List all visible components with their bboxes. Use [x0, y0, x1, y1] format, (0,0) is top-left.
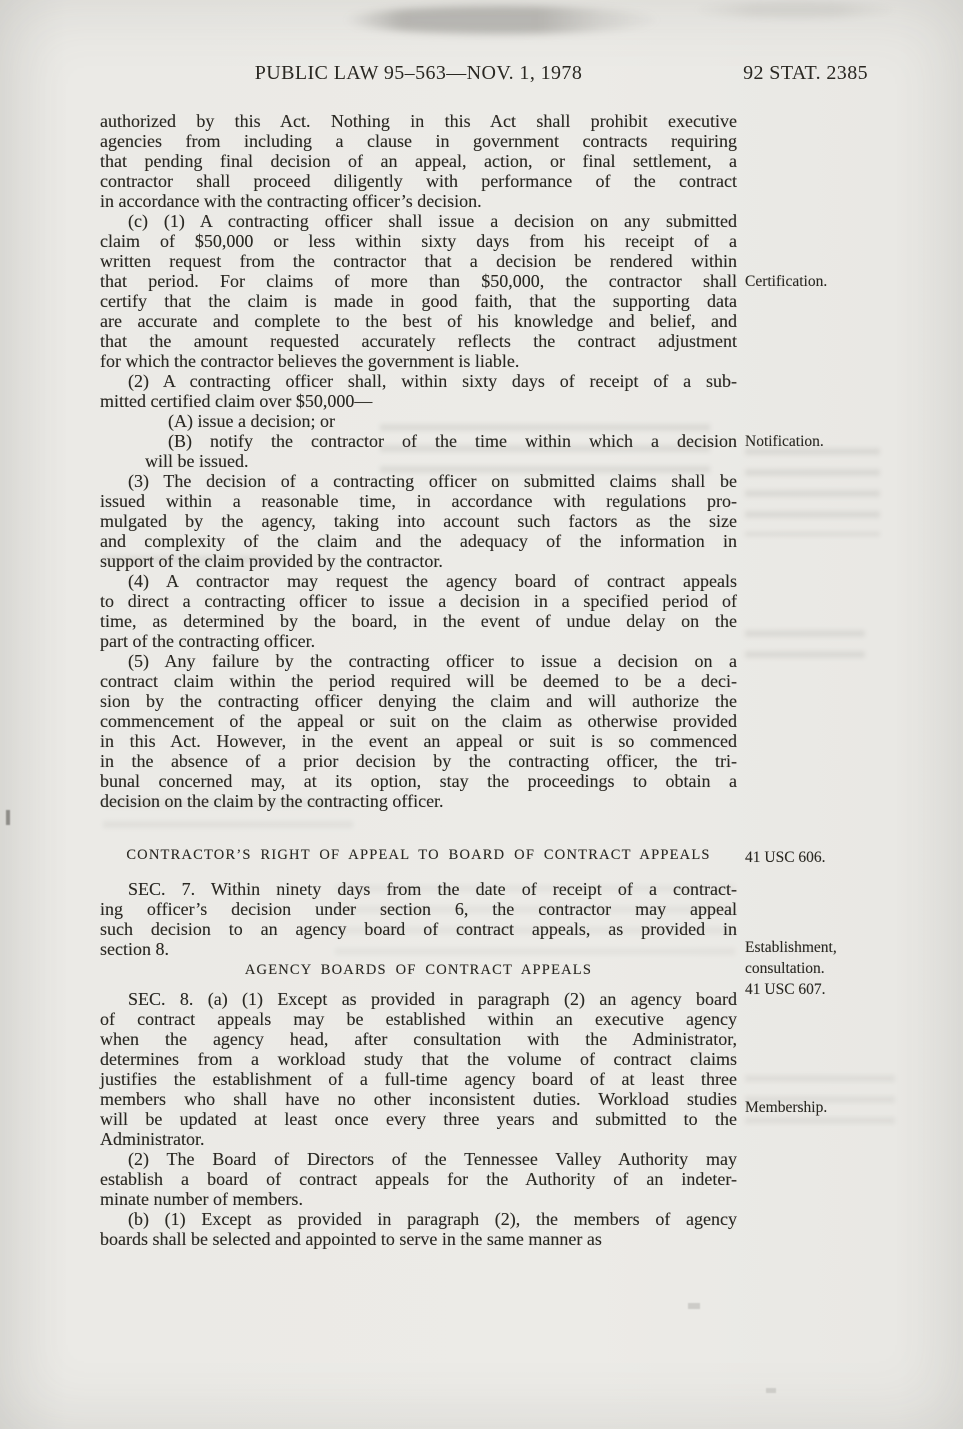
- text-line: that pending final decision of an appeal…: [100, 151, 737, 171]
- text-line: contract claim within the period require…: [100, 671, 737, 691]
- paragraph: SEC. 7. Within ninety days from the date…: [100, 879, 737, 959]
- scan-smudge: [690, 2, 900, 18]
- text-line: time, as determined by the board, in the…: [100, 611, 737, 631]
- margin-note-line: Notification.: [745, 431, 905, 452]
- text-line: mitted certified claim over $50,000—: [100, 391, 737, 411]
- margin-note: 41 USC 606.: [745, 847, 905, 868]
- text-line: authorized by this Act. Nothing in this …: [100, 111, 737, 131]
- text-line: contractor shall proceed diligently with…: [100, 171, 737, 191]
- paragraph: (A) issue a decision; or: [100, 411, 737, 431]
- page-title: PUBLIC LAW 95–563—NOV. 1, 1978: [100, 62, 737, 85]
- text-line: SEC. 7. Within ninety days from the date…: [100, 879, 737, 899]
- text-line: part of the contracting officer.: [100, 631, 737, 651]
- paragraph: authorized by this Act. Nothing in this …: [100, 111, 737, 211]
- paragraph: (B) notify the contractor of the time wi…: [100, 431, 737, 471]
- text-line: to direct a contracting officer to issue…: [100, 591, 737, 611]
- margin-note-line: Certification.: [745, 271, 905, 292]
- text-line: (c) (1) A contracting officer shall issu…: [100, 211, 737, 231]
- text-line: minate number of members.: [100, 1189, 737, 1209]
- section-heading: AGENCY BOARDS OF CONTRACT APPEALS: [100, 962, 737, 979]
- text-line: bunal concerned may, at its option, stay…: [100, 771, 737, 791]
- margin-note: Membership.: [745, 1097, 905, 1118]
- text-line: in the absence of a prior decision by th…: [100, 751, 737, 771]
- text-line: in accordance with the contracting offic…: [100, 191, 737, 211]
- text-line: support of the claim provided by the con…: [100, 551, 737, 571]
- margin-note: Establishment,consultation.41 USC 607.: [745, 937, 905, 1000]
- paragraph: (2) The Board of Directors of the Tennes…: [100, 1149, 737, 1209]
- text-line: (5) Any failure by the contracting offic…: [100, 651, 737, 671]
- text-line: for which the contractor believes the go…: [100, 351, 737, 371]
- text-line: (2) A contracting officer shall, within …: [100, 371, 737, 391]
- margin-note: Notification.: [745, 431, 905, 452]
- paragraph: (2) A contracting officer shall, within …: [100, 371, 737, 411]
- text-line: (3) The decision of a contracting office…: [100, 471, 737, 491]
- margin-note: Certification.: [745, 271, 905, 292]
- text-line: certify that the claim is made in good f…: [100, 291, 737, 311]
- text-line: section 8.: [100, 939, 737, 959]
- text-line: that the amount requested accurately ref…: [100, 331, 737, 351]
- text-line: when the agency head, after consultation…: [100, 1029, 737, 1049]
- scan-smudge: [345, 6, 660, 34]
- text-line: (4) A contractor may request the agency …: [100, 571, 737, 591]
- text-line: (A) issue a decision; or: [100, 411, 737, 431]
- text-line: sion by the contracting officer denying …: [100, 691, 737, 711]
- text-line: justifies the establishment of a full-ti…: [100, 1069, 737, 1089]
- bleed-through-ghost: [745, 448, 880, 536]
- text-line: mulgated by the agency, taking into acco…: [100, 511, 737, 531]
- text-line: establish a board of contract appeals fo…: [100, 1169, 737, 1189]
- text-line: will be issued.: [100, 451, 737, 471]
- text-line: SEC. 8. (a) (1) Except as provided in pa…: [100, 989, 737, 1009]
- text-line: (b) (1) Except as provided in paragraph …: [100, 1209, 737, 1229]
- paragraph: (5) Any failure by the contracting offic…: [100, 651, 737, 811]
- margin-note-line: consultation.: [745, 958, 905, 979]
- text-line: in this Act. However, in the event an ap…: [100, 731, 737, 751]
- text-line: Administrator.: [100, 1129, 737, 1149]
- paragraph: (3) The decision of a contracting office…: [100, 471, 737, 571]
- text-line: (B) notify the contractor of the time wi…: [100, 431, 737, 451]
- bleed-through-ghost: [745, 630, 865, 670]
- text-line: members who shall have no other inconsis…: [100, 1089, 737, 1109]
- text-line: agencies from including a clause in gove…: [100, 131, 737, 151]
- paragraph: SEC. 8. (a) (1) Except as provided in pa…: [100, 989, 737, 1149]
- text-line: issued within a reasonable time, in acco…: [100, 491, 737, 511]
- section-heading: CONTRACTOR’S RIGHT OF APPEAL TO BOARD OF…: [100, 847, 737, 864]
- paragraph: (4) A contractor may request the agency …: [100, 571, 737, 651]
- text-line: will be updated at least once every thre…: [100, 1109, 737, 1129]
- text-line: written request from the contractor that…: [100, 251, 737, 271]
- text-line: claim of $50,000 or less within sixty da…: [100, 231, 737, 251]
- text-line: determines from a workload study that th…: [100, 1049, 737, 1069]
- text-line: that period. For claims of more than $50…: [100, 271, 737, 291]
- text-line: commencement of the appeal or suit on th…: [100, 711, 737, 731]
- margin-note-line: Establishment,: [745, 937, 905, 958]
- text-line: (2) The Board of Directors of the Tennes…: [100, 1149, 737, 1169]
- margin-note-line: 41 USC 607.: [745, 979, 905, 1000]
- text-line: ing officer’s decision under section 6, …: [100, 899, 737, 919]
- body-column: authorized by this Act. Nothing in this …: [100, 111, 737, 1249]
- statute-scan-page: PUBLIC LAW 95–563—NOV. 1, 1978 92 STAT. …: [0, 0, 963, 1429]
- text-line: and complexity of the claim and the adeq…: [100, 531, 737, 551]
- scan-speck: [6, 810, 10, 825]
- scan-speck: [688, 1303, 700, 1309]
- paragraph: (b) (1) Except as provided in paragraph …: [100, 1209, 737, 1249]
- text-line: boards shall be selected and appointed t…: [100, 1229, 737, 1249]
- margin-note-line: 41 USC 606.: [745, 847, 905, 868]
- scan-speck: [766, 1388, 776, 1393]
- text-line: of contract appeals may be established w…: [100, 1009, 737, 1029]
- text-line: such decision to an agency board of cont…: [100, 919, 737, 939]
- paragraph: (c) (1) A contracting officer shall issu…: [100, 211, 737, 371]
- stat-page-number: 92 STAT. 2385: [743, 62, 868, 85]
- text-line: decision on the claim by the contracting…: [100, 791, 737, 811]
- text-line: are accurate and complete to the best of…: [100, 311, 737, 331]
- margin-note-line: Membership.: [745, 1097, 905, 1118]
